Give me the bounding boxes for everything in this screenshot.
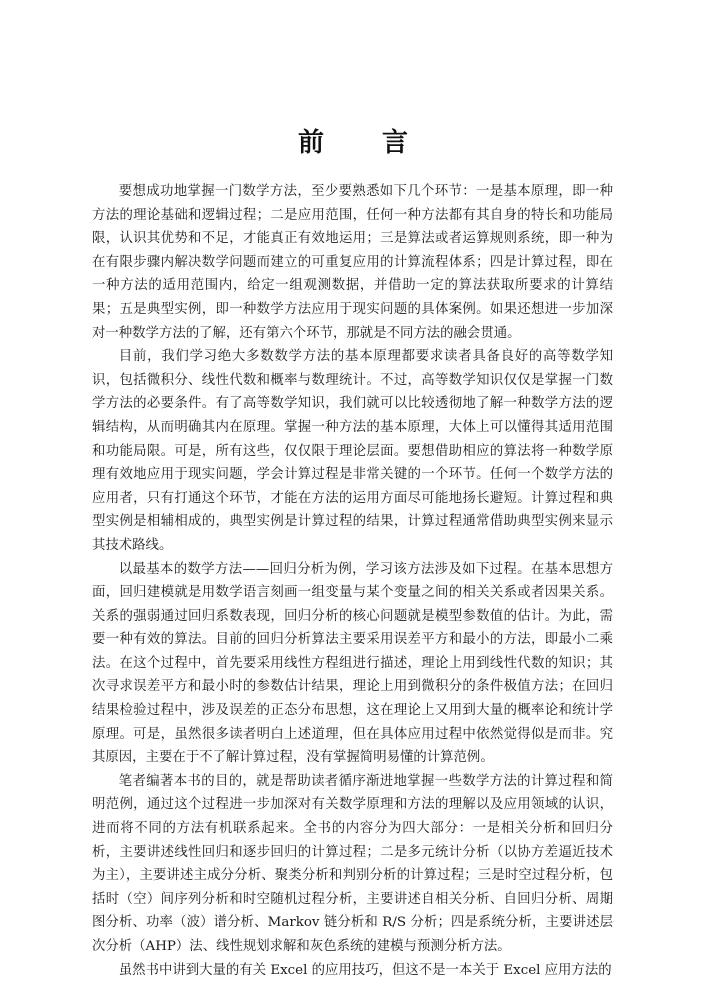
paragraph: 笔者编著本书的目的，就是帮助读者循序渐进地掌握一些数学方法的计算过程和简明范例，… [92, 770, 613, 959]
paragraph: 要想成功地掌握一门数学方法，至少要熟悉如下几个环节：一是基本原理，即一种方法的理… [92, 180, 613, 345]
preface-body: 要想成功地掌握一门数学方法，至少要熟悉如下几个环节：一是基本原理，即一种方法的理… [92, 180, 613, 982]
title-char-2: 言 [382, 122, 408, 159]
paragraph: 目前，我们学习绝大多数数学方法的基本原理都要求读者具备良好的高等数学知识，包括微… [92, 345, 613, 557]
document-page: 前言 要想成功地掌握一门数学方法，至少要熟悉如下几个环节：一是基本原理，即一种方… [0, 0, 706, 982]
page-number: i [606, 892, 609, 907]
paragraph: 以最基本的数学方法——回归分析为例，学习该方法涉及如下过程。在基本思想方面，回归… [92, 558, 613, 770]
page-title: 前言 [0, 122, 706, 159]
title-char-1: 前 [298, 122, 324, 159]
paragraph: 虽然书中讲到大量的有关 Excel 的应用技巧，但这不是一本关于 Excel 应… [92, 959, 613, 982]
